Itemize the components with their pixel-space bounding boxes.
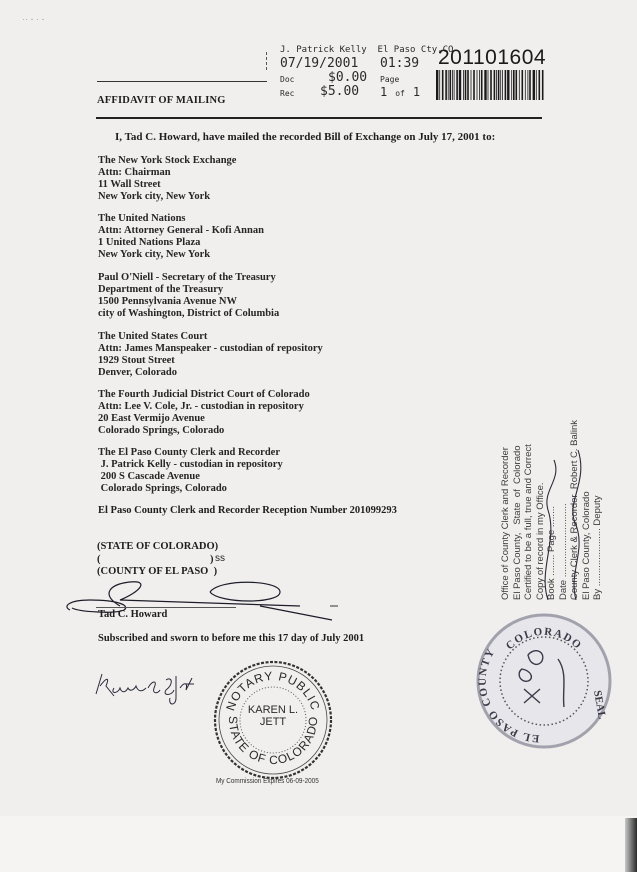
recipient-block: The New York Stock Exchange Attn: Chairm… xyxy=(98,155,236,203)
stamp-time: 01:39 xyxy=(380,56,419,71)
stamp-date: 07/19/2001 xyxy=(280,56,358,71)
intro-statement: I, Tad C. Howard, have mailed the record… xyxy=(115,131,495,143)
recipient-block: Paul O'Niell - Secretary of the Treasury… xyxy=(98,272,279,320)
document-title: AFFIDAVIT OF MAILING xyxy=(97,95,226,106)
venue-blank-line: () xyxy=(97,554,218,567)
recipient-line: The New York Stock Exchange xyxy=(98,155,236,167)
stamp-recorder: J. Patrick Kelly El Paso Cty,CO xyxy=(280,45,453,55)
recipient-line: Department of the Treasury xyxy=(98,284,279,296)
stamp-page-count: 1of1 xyxy=(380,85,420,99)
stamp-page-label: Page xyxy=(380,75,399,84)
recipient-line: 1500 Pennsylvania Avenue NW xyxy=(98,296,279,308)
recipient-line: The United Nations xyxy=(98,213,264,225)
scan-bottom-strip xyxy=(0,816,637,872)
recipient-line: The Fourth Judicial District Court of Co… xyxy=(98,389,310,401)
recipient-line: Attn: Lee V. Cole, Jr. - custodian in re… xyxy=(98,401,310,413)
stamp-perforation xyxy=(266,52,269,70)
signer-name: Tad C. Howard xyxy=(98,609,167,620)
recipient-line: New York city, New York xyxy=(98,191,236,203)
signature-karen-jett-icon xyxy=(92,668,196,708)
stamp-rec-label: Rec xyxy=(280,89,294,98)
stamp-doc-label: Doc xyxy=(280,75,294,84)
recipient-line: 11 Wall Street xyxy=(98,179,236,191)
title-rule-top xyxy=(97,81,267,82)
recipient-block: The United Nations Attn: Attorney Genera… xyxy=(98,213,264,261)
stamp-rec-fee: $5.00 xyxy=(320,84,359,99)
seal-name-line-1: KAREN L. xyxy=(211,704,335,716)
recipient-line: 20 East Vermijo Avenue xyxy=(98,413,310,425)
recipient-line: 1 United Nations Plaza xyxy=(98,237,264,249)
cert-line: Office of County Clerk and Recorder xyxy=(500,420,512,600)
cert-line: El Paso County, State of Colorado xyxy=(512,420,524,600)
page-total: 1 xyxy=(413,85,420,99)
recipient-line: New York city, New York xyxy=(98,249,264,261)
recipient-line: Attn: James Manspeaker - custodian of re… xyxy=(98,343,323,355)
venue-state: (STATE OF COLORADO) xyxy=(97,541,218,554)
recipient-line: Denver, Colorado xyxy=(98,367,323,379)
recipient-line: J. Patrick Kelly - custodian in reposito… xyxy=(98,459,283,471)
recipient-line: city of Washington, District of Columbia xyxy=(98,308,279,320)
recipient-block: The El Paso County Clerk and Recorder J.… xyxy=(98,447,283,495)
recipient-line: Attn: Chairman xyxy=(98,167,236,179)
header-divider xyxy=(96,117,542,119)
el-paso-county-seal-icon: COLORADO EL PASO COUNTY SEAL xyxy=(470,607,618,755)
recipient-line: Paul O'Niell - Secretary of the Treasury xyxy=(98,272,279,284)
signature-line xyxy=(96,607,236,608)
recipient-block: The Fourth Judicial District Court of Co… xyxy=(98,389,310,437)
commission-expiry: My Commission Expires 06-09-2005 xyxy=(216,776,319,785)
venue-close-paren: ) xyxy=(210,554,214,567)
recipient-line: Colorado Springs, Colorado xyxy=(98,425,310,437)
county-handwriting-icon xyxy=(528,420,598,610)
recipient-line: 200 S Cascade Avenue xyxy=(98,471,283,483)
recipient-line: The El Paso County Clerk and Recorder xyxy=(98,447,283,459)
recipient-line: Colorado Springs, Colorado xyxy=(98,483,283,495)
scan-edge-shadow xyxy=(625,818,637,872)
affidavit-page: ·· ‑ · ‑ J. Patrick Kelly El Paso Cty,CO… xyxy=(0,0,637,872)
stamp-doc-fee: $0.00 xyxy=(328,70,367,85)
reception-number: 201101604 xyxy=(438,46,546,70)
scan-specks: ·· ‑ · ‑ xyxy=(22,14,45,24)
recipient-block: The United States Court Attn: James Mans… xyxy=(98,331,323,379)
venue-ss: ss xyxy=(215,553,225,566)
reception-reference: El Paso County Clerk and Recorder Recept… xyxy=(98,505,397,516)
page-of: of xyxy=(395,89,405,98)
seal-name-line-2: JETT xyxy=(211,716,335,728)
barcode-icon xyxy=(436,70,546,100)
jurat-statement: Subscribed and sworn to before me this 1… xyxy=(98,633,364,644)
venue-block: (STATE OF COLORADO) () ss (COUNTY OF EL … xyxy=(97,541,218,579)
recipient-line: Attn: Attorney General - Kofi Annan xyxy=(98,225,264,237)
recipient-line: 1929 Stout Street xyxy=(98,355,323,367)
page-current: 1 xyxy=(380,85,387,99)
recipient-line: The United States Court xyxy=(98,331,323,343)
venue-open-paren: ( xyxy=(97,554,101,565)
recorder-name: J. Patrick Kelly xyxy=(280,45,367,55)
